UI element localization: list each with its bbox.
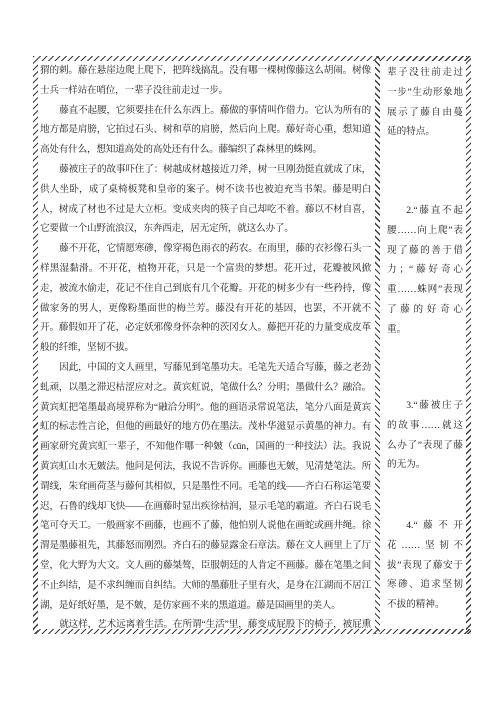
article-paragraph: 猬的刺。藤在悬崖边爬上爬下，把阵线搞乱。没有哪一棵树像藤这么胡闹。树像士兵一样站… [40, 61, 371, 101]
scanned-page: 猬的刺。藤在悬崖边爬上爬下，把阵线搞乱。没有哪一棵树像藤这么胡闹。树像士兵一样站… [33, 56, 471, 634]
margin-notes-column: 辈子没往前走过一步”生动形象地展示了藤自由蔓延的特点。2.“藤直不起腰……向上爬… [385, 61, 465, 629]
article-paragraph: 就这样，艺术远离着生活。在所谓“生活”里，藤变成屁股下的椅子，被屁熏得油汪汪的黄… [40, 615, 371, 629]
article-paragraph: 藤直不起腰，它须要挂在什么东西上。藤做的事情叫作借力。它认为所有的地方都是肩膀，… [40, 101, 371, 160]
border-right [466, 56, 471, 634]
margin-note: 辈子没往前走过一步”生动形象地展示了藤自由蔓延的特点。 [387, 63, 463, 142]
article-paragraph: 藤不开花，它情愿寒碜，像穿褐色雨衣的药农。在雨里，藤的衣衫像石头一样黑湿黏滑。不… [40, 239, 371, 358]
border-left [33, 56, 38, 634]
article-text: 猬的刺。藤在悬崖边爬上爬下，把阵线搞乱。没有哪一棵树像藤这么胡闹。树像士兵一样站… [40, 61, 371, 629]
border-bottom [33, 629, 471, 634]
margin-note: 3.“藤被庄子的故事……就这么办了”表现了藤的无为。 [387, 396, 463, 475]
margin-note: 4.“藤不开花……坚韧不拔”表现了藤安于寒碜、追求坚韧不拔的精神。 [387, 516, 463, 615]
article-paragraph: 藤被庄子的故事吓住了：树越成材越接近刀斧，树一旦刚劲挺直就成了床，供人坐卧，成了… [40, 160, 371, 239]
column-divider [375, 56, 380, 634]
margin-note: 2.“藤直不起腰……向上爬”表现了藤的善于借力；“藤好奇心重……蛛网”表现了藤的… [387, 201, 463, 340]
article-paragraph: 因此，中国的文人画里，写藤见到笔墨功夫。毛笔先天适合写藤，藤之老劲虬顽，以墨之滞… [40, 358, 371, 615]
